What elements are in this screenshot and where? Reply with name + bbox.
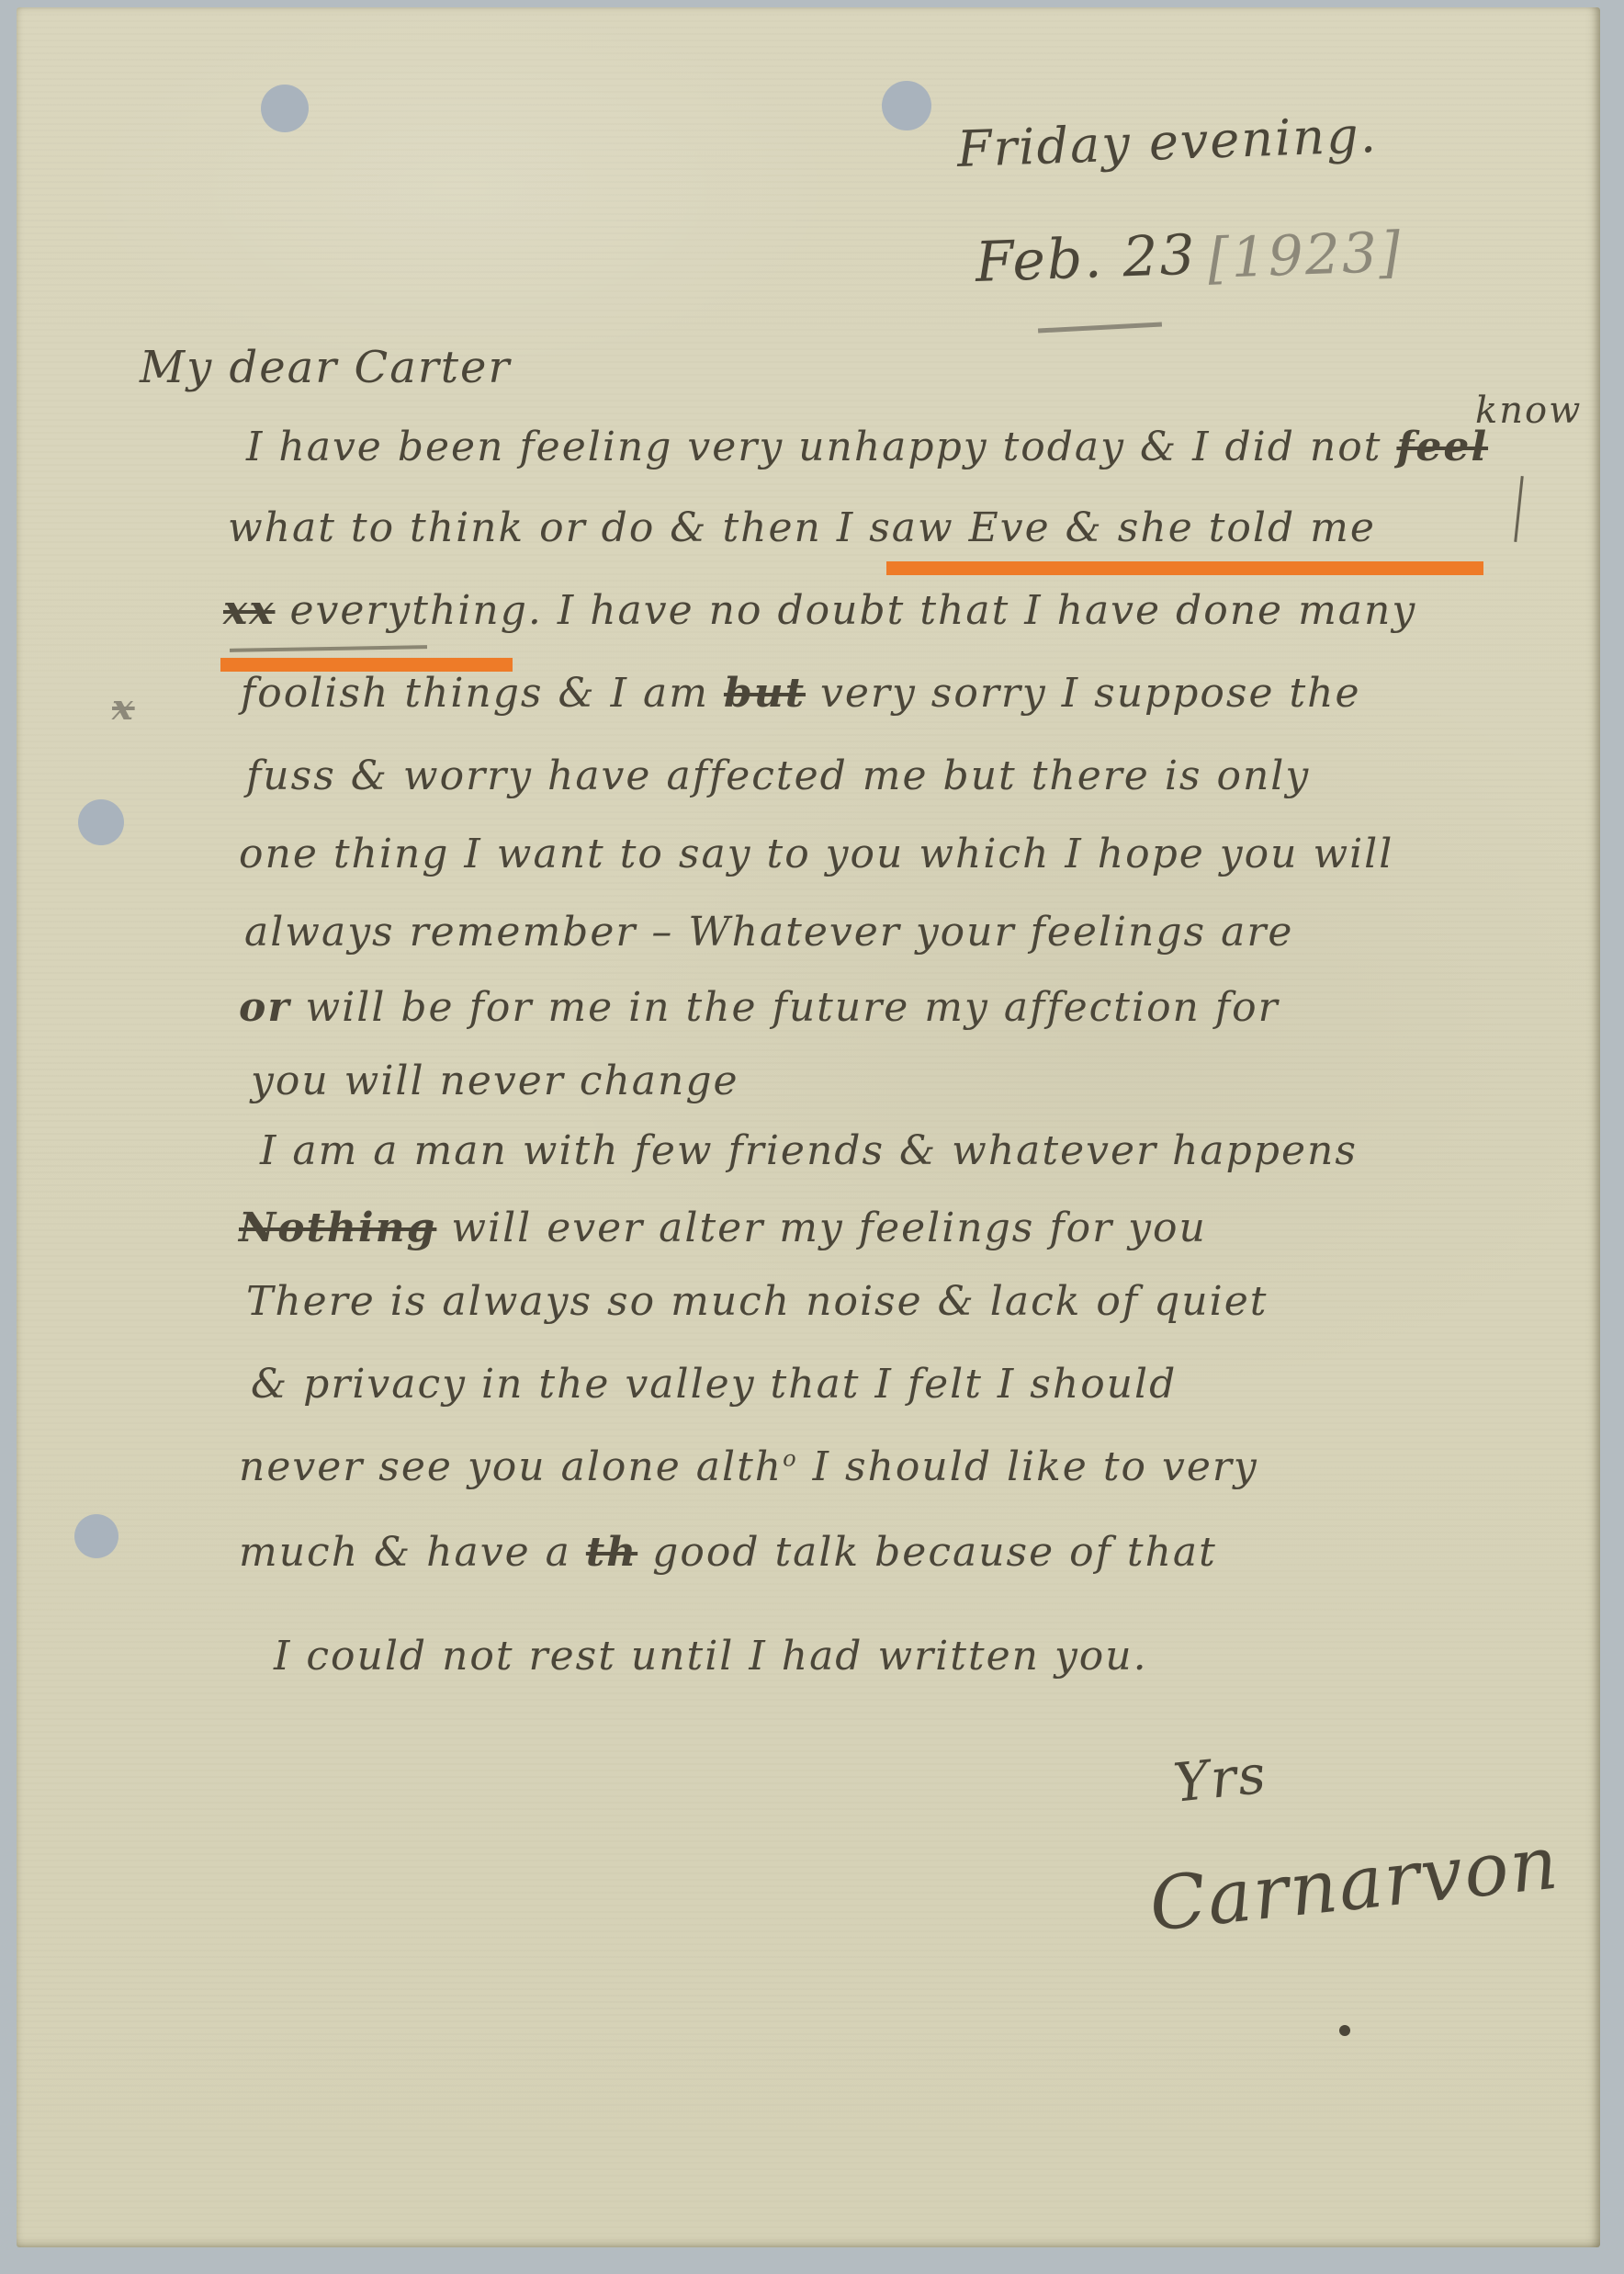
line-text: one thing I want to say to you which I h… [239,831,1393,877]
letter-line: I have been feeling very unhappy today &… [246,424,1488,471]
letter-line: I am a man with few friends & whatever h… [260,1128,1358,1175]
date: Feb. 23 [975,224,1198,295]
letter-line: never see you alone altho I should like … [239,1444,1258,1491]
line-text: There is always so much noise & lack of … [246,1278,1268,1325]
letter-line: one thing I want to say to you which I h… [239,832,1393,878]
letter-line: much & have a th good talk because of th… [239,1530,1217,1577]
line-text: I could not rest until I had written you… [274,1633,1148,1680]
closing: Yrs [1171,1744,1270,1815]
punch-hole-top-left [261,85,309,132]
line-text: will be for me in the future my affectio… [291,984,1280,1031]
letter-line: fuss & worry have affected me but there … [246,753,1310,800]
margin-mark: x [112,687,135,728]
letter-line: always remember – Whatever your feelings… [244,910,1293,956]
punch-hole-left-upper [78,799,124,845]
struck-word: Nothing [239,1205,436,1251]
struck-word: xx [223,587,275,634]
line-text: you will never change [251,1058,739,1104]
letter-line: xx everything. I have no doubt that I ha… [223,588,1416,635]
line-text: I have been feeling very unhappy today &… [246,424,1396,470]
line-text: very sorry I suppose the [806,670,1361,717]
letter-line: I could not rest until I had written you… [274,1634,1148,1680]
salutation: My dear Carter [140,343,511,393]
line-text: never see you alone alth [239,1443,783,1490]
line-text: I should like to very [798,1443,1258,1490]
signature-period-mark [1339,2025,1350,2036]
letter-line: or will be for me in the future my affec… [239,985,1280,1032]
letter-line: foolish things & I am but very sorry I s… [241,671,1361,718]
line-text: much & have a [239,1529,586,1576]
year-annotation: [1923] [1207,221,1404,291]
line-text: fuss & worry have affected me but there … [246,752,1310,799]
inserted-word-know: know [1475,390,1582,432]
struck-word: th [586,1529,637,1576]
punch-hole-left-lower [74,1514,118,1558]
line-text: I am a man with few friends & whatever h… [260,1127,1358,1174]
struck-word: but [724,670,806,717]
blotted-word: or [239,984,291,1031]
letter-line: what to think or do & then I saw Eve & s… [228,505,1376,552]
superscript-letter: o [783,1445,798,1471]
highlight-bar-1 [886,561,1483,575]
letter-line: Nothing will ever alter my feelings for … [239,1205,1207,1252]
line-text: everything. I have no doubt that I have … [275,587,1416,634]
line-text: will ever alter my feelings for you [436,1205,1206,1251]
line-text: what to think or do & then I saw Eve & s… [228,504,1376,551]
line-text: always remember – Whatever your feelings… [244,909,1293,956]
punch-hole-top-right [882,81,931,130]
letter-line: There is always so much noise & lack of … [246,1279,1268,1326]
letter-scan: { "document": { "kind": "handwritten-let… [0,0,1624,2274]
line-text: foolish things & I am [241,670,724,717]
line-text: good talk because of that [637,1529,1217,1576]
letter-line: you will never change [251,1058,739,1105]
line-text: & privacy in the valley that I felt I sh… [251,1361,1177,1408]
letter-line: & privacy in the valley that I felt I sh… [251,1362,1177,1409]
